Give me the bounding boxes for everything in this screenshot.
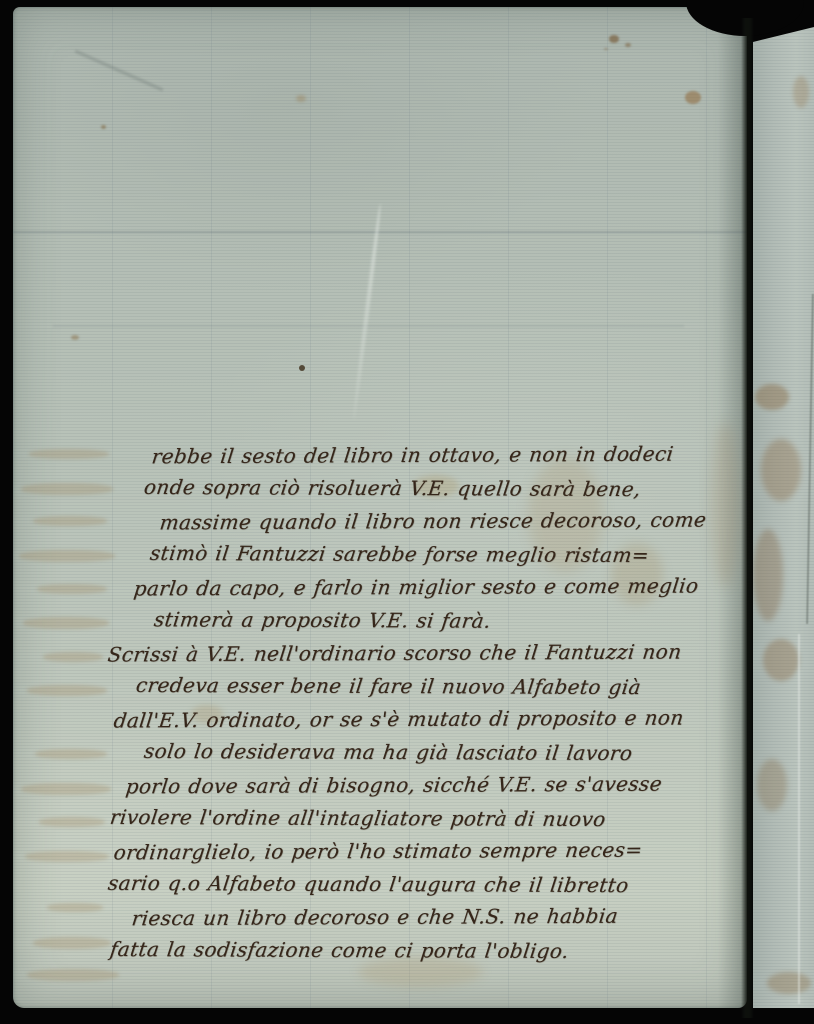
showthrough-mark [37, 584, 107, 594]
showthrough-mark [21, 783, 111, 795]
manuscript-line: riesca un libro decoroso e che N.S. ne h… [108, 905, 758, 938]
showthrough-mark [33, 516, 107, 526]
manuscript-line: parlo da capo, e farlo in miglior sesto … [108, 575, 758, 608]
manuscript-line: dall'E.V. ordinato, or se s'è mutato di … [108, 707, 758, 740]
manuscript-line: massime quando il libro non riesce decor… [108, 509, 758, 542]
showthrough-mark [25, 851, 109, 862]
manuscript-line: stimerà a proposito V.E. si farà. [108, 608, 758, 641]
manuscript-line: solo lo desiderava ma ha già lasciato il… [108, 740, 758, 773]
showthrough-mark [35, 749, 107, 759]
showthrough-mark [27, 685, 107, 696]
ink-stain [296, 95, 306, 102]
showthrough-stain [755, 384, 789, 410]
showthrough-mark [43, 652, 103, 662]
manuscript-line: Scrissi à V.E. nell'ordinario scorso che… [108, 641, 758, 674]
showthrough-stain [761, 439, 801, 501]
horizontal-fold-crease [53, 325, 684, 327]
showthrough-mark [39, 817, 105, 827]
ink-stain [685, 91, 701, 104]
showthrough-mark [33, 937, 111, 949]
paper-fold-highlight [798, 634, 800, 1004]
ink-stain [101, 125, 106, 129]
showthrough-mark [27, 969, 119, 981]
manuscript-page: rebbe il sesto del libro in ottavo, e no… [13, 7, 747, 1008]
manuscript-line: porlo dove sarà di bisogno, sicché V.E. … [108, 773, 758, 806]
manuscript-line: stimò il Fantuzzi sarebbe forse meglio r… [108, 542, 758, 575]
manuscript-line: ordinarglielo, io però l'ho stimato semp… [108, 839, 758, 872]
showthrough-stain [793, 76, 809, 108]
corner-wrinkle [75, 50, 164, 92]
showthrough-stain [763, 639, 799, 681]
showthrough-stain [757, 759, 787, 811]
ink-stain [609, 35, 619, 43]
manuscript-scan: rebbe il sesto del libro in ottavo, e no… [0, 0, 814, 1024]
manuscript-line: sario q.o Alfabeto quando l'augura che i… [108, 872, 758, 905]
manuscript-line: credeva esser bene il fare il nuovo Alfa… [108, 674, 758, 707]
ink-stain [299, 365, 305, 371]
paper-crack [806, 294, 814, 624]
showthrough-mark [29, 449, 109, 459]
showthrough-mark [19, 550, 115, 562]
showthrough-mark [47, 903, 103, 912]
manuscript-line: rivolere l'ordine all'intagliatore potrà… [108, 806, 758, 839]
ink-stain [71, 335, 79, 340]
showthrough-stain [753, 529, 783, 621]
handwritten-text: rebbe il sesto del libro in ottavo, e no… [108, 443, 758, 971]
showthrough-stain [767, 972, 811, 994]
facing-leaf-edge [753, 24, 814, 1008]
manuscript-line: fatta la sodisfazione come ci porta l'ob… [108, 938, 758, 971]
fold-crease [741, 18, 754, 1018]
manuscript-line: rebbe il sesto del libro in ottavo, e no… [108, 443, 758, 476]
showthrough-mark [21, 483, 113, 495]
showthrough-mark [23, 617, 109, 629]
horizontal-fold-crease [13, 231, 747, 234]
vertical-wrinkle [352, 204, 383, 421]
manuscript-line: onde sopra ciò risoluerà V.E. quello sar… [108, 476, 758, 509]
